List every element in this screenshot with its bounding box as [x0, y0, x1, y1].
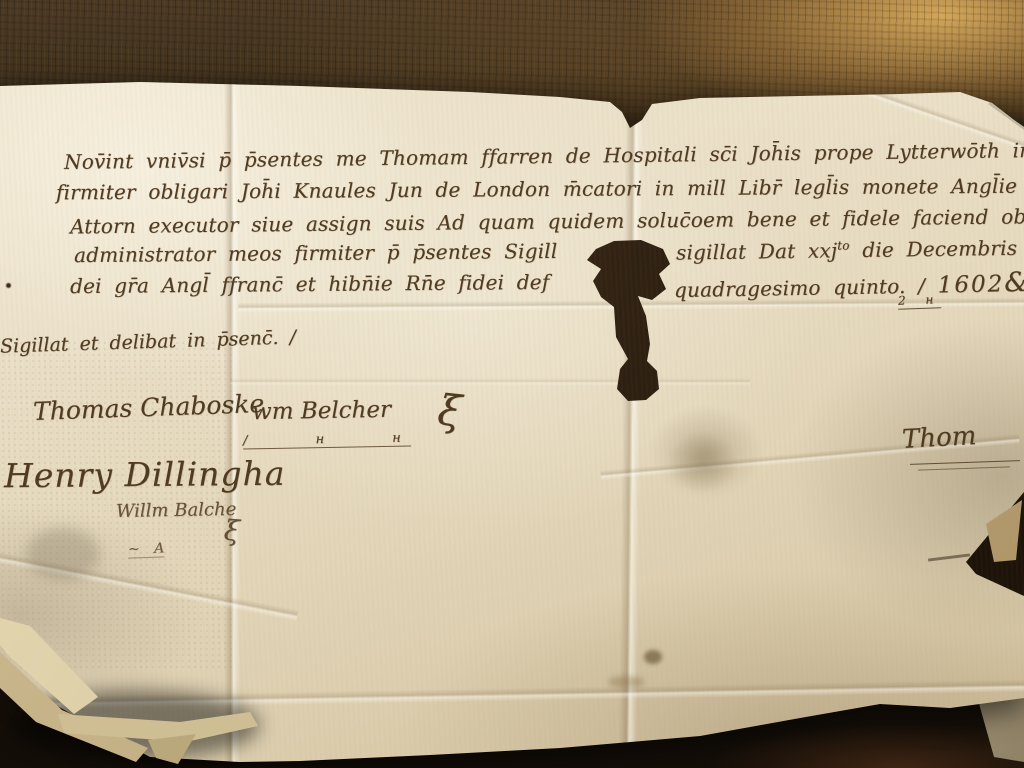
fold-crease-center	[619, 96, 644, 760]
seal-tag-hole-tear	[0, 0, 1024, 768]
crease-diagonal-right	[600, 434, 1019, 481]
ink-dot	[6, 283, 11, 288]
year-tally-marks: 2 н	[898, 292, 942, 310]
signature-partial-right: Thom	[901, 421, 977, 455]
witness-4-marks: ~ A	[128, 540, 165, 558]
seal-slit-right	[0, 0, 1024, 768]
seal-slit-folded-tab	[0, 0, 1024, 768]
manuscript-line-5-right: quadragesimo quinto. / 1602&	[674, 267, 1024, 304]
crease-diagonal-top-right	[834, 76, 1024, 157]
witness-tally-marks: / н н	[243, 431, 411, 450]
parchment-surface: Nov̄int vniv̄si p̄ p̄sentes me Thomam ff…	[0, 0, 1024, 768]
manuscript-line-3: Attorn executor siue assign suis Ad quam…	[70, 204, 1024, 239]
folded-corner-top-right	[0, 0, 1024, 768]
manuscript-line-1: Nov̄int vniv̄si p̄ p̄sentes me Thomam ff…	[64, 138, 1024, 174]
photo-scene: Nov̄int vniv̄si p̄ p̄sentes me Thomam ff…	[0, 0, 1024, 768]
manuscript-line-2: firmiter obligari Joh̄i Knaules Jun de L…	[56, 174, 1024, 205]
fold-crease-left	[224, 84, 240, 764]
signature-witness-4: Willm Balche	[116, 499, 237, 522]
crease-middle-faint	[230, 378, 750, 386]
stain-faint	[608, 676, 644, 688]
smudge-left-edge	[26, 528, 100, 580]
signature-witness-4-flourish: ξ	[223, 514, 241, 548]
ink-stain-small	[644, 650, 662, 664]
line-4-right-text-b: die Decembris C	[850, 235, 1024, 262]
parchment-grain-texture	[0, 340, 232, 670]
signature-witness-3: Henry Dillingha	[4, 454, 286, 495]
crease-horizontal-upper	[238, 297, 1024, 312]
ink-offset-ghost-mark-2	[668, 432, 738, 492]
line-4-superscript: to	[837, 238, 850, 252]
manuscript-line-4-right: sigillat Dat xxjto die Decembris C	[676, 235, 1024, 264]
manuscript-line-5-left: dei gr̄a Angl̄ ffranc̄ et hibn̄ie Rn̄e f…	[70, 270, 550, 298]
signature-witness-1: Thomas Chaboske	[33, 389, 265, 426]
crease-diagonal-bottom-left	[0, 551, 298, 622]
slit-cut-line	[928, 553, 970, 561]
year-flourish: &	[1004, 267, 1024, 298]
signature-underline-1	[910, 460, 1020, 465]
ink-offset-ghost-mark	[650, 406, 762, 498]
signature-underline-2	[918, 466, 1010, 470]
signature-witness-2: wm Belcher	[252, 397, 391, 425]
year-1602: 1602	[937, 271, 1004, 298]
parchment-document: Nov̄int vniv̄si p̄ p̄sentes me Thomam ff…	[0, 0, 1024, 768]
line-4-right-text: sigillat Dat xxj	[676, 238, 838, 264]
manuscript-line-4-left: administrator meos firmiter p̄ p̄sentes …	[74, 239, 558, 267]
line-5-right-text: quadragesimo quinto. /	[674, 274, 925, 302]
attestation-line: Sigillat et delibat in p̄senc̄. /	[0, 326, 296, 357]
signature-witness-2-flourish: ξ	[436, 385, 464, 436]
